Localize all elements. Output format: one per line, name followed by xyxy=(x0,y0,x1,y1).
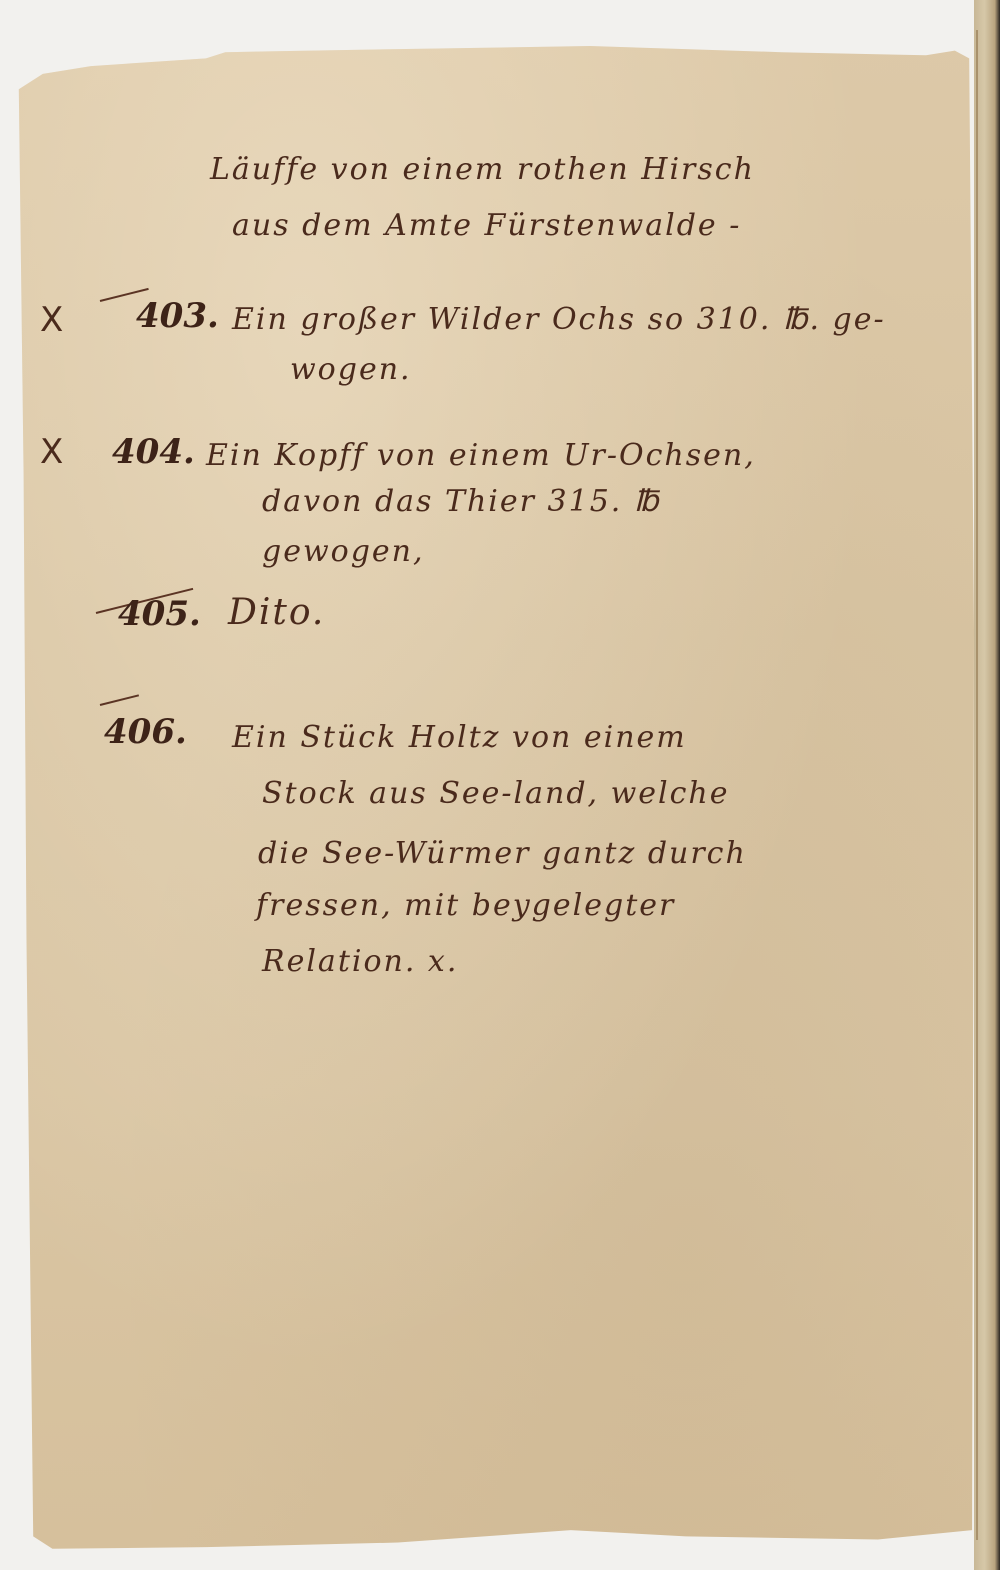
entry-404-line-1: Ein Kopff von einem Ur-Ochsen, xyxy=(206,438,756,473)
book-binding-edge xyxy=(974,0,1000,1570)
entry-404-number: 404. xyxy=(112,432,195,472)
entry-404-line-2: davon das Thier 315. ℔ xyxy=(262,484,660,519)
entry-404-mark: X xyxy=(40,432,63,472)
entry-406-line-2: Stock aus See-land, welche xyxy=(262,776,730,811)
entry-406-line-5: Relation. x. xyxy=(262,944,458,979)
entry-404-line-3: gewogen, xyxy=(262,534,425,569)
entry-405-number: 405. xyxy=(118,594,201,634)
entry-403-line-2: wogen. xyxy=(290,352,412,387)
entry-405-line-1: Dito. xyxy=(228,592,325,633)
header-line-2: aus dem Amte Fürstenwalde - xyxy=(232,208,741,243)
entry-403-line-1: Ein großer Wilder Ochs so 310. ℔. ge- xyxy=(232,302,886,337)
entry-406-line-3: die See-Würmer gantz durch xyxy=(258,836,747,871)
entry-403-mark: X xyxy=(40,300,63,340)
binding-fold-line xyxy=(976,30,978,1540)
entry-403-number: 403. xyxy=(136,296,219,336)
entry-406-line-1: Ein Stück Holtz von einem xyxy=(232,720,687,755)
entry-406-number: 406. xyxy=(104,712,187,752)
header-line-1: Läuffe von einem rothen Hirsch xyxy=(210,152,755,187)
entry-406-line-4: fressen, mit beygelegter xyxy=(256,888,675,923)
